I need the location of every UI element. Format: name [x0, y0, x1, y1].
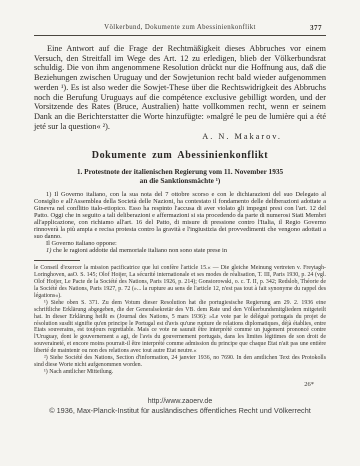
- section-subtitle-line1: 1. Protestnote der italienischen Regieru…: [34, 167, 326, 176]
- note-oppone-line: Il Governo italiano oppone:: [34, 240, 326, 247]
- section-subtitle-line2: an die Sanktionsmächte ¹): [34, 176, 326, 185]
- running-title: Völkerbund, Dokumente zum Abessinienkonf…: [104, 24, 256, 31]
- section-title: Dokumente zum Abessinienkonflikt: [34, 150, 326, 161]
- running-header: Völkerbund, Dokumente zum Abessinienkonf…: [34, 24, 326, 36]
- section-subtitle: 1. Protestnote der italienischen Regieru…: [34, 167, 326, 185]
- watermark: http://www.zaoerv.de © 1936, Max-Planck-…: [34, 398, 326, 415]
- printer-mark: 26*: [34, 381, 326, 388]
- note-item-1-text: che le ragioni addotte dal memoriale ita…: [53, 247, 227, 254]
- footnote-3: ¹) Nach amtlicher Mitteilung.: [34, 369, 326, 376]
- watermark-url-link[interactable]: http://www.zaoerv.de: [34, 398, 326, 405]
- footnote-continuation: le Conseil d'exercer la mission pacifica…: [34, 265, 326, 300]
- scanned-page: Völkerbund, Dokumente zum Abessinienkonf…: [0, 0, 360, 466]
- watermark-copyright: © 1936, Max-Planck-Institut für ausländi…: [34, 406, 326, 415]
- page-number: 377: [310, 24, 322, 32]
- footnote-separator: [34, 260, 80, 261]
- note-item-1: 1) che le ragioni addotte dal memoriale …: [34, 247, 326, 254]
- note-paragraph: 1) Il Governo italiano, con la sua nota …: [34, 191, 326, 240]
- intro-paragraph: Eine Antwort auf die Frage der Rechtmäßi…: [34, 44, 326, 131]
- note-item-1-marker: 1): [46, 247, 51, 254]
- footnote-1: ¹) Siehe oben S. 371. Zu dem Votum diese…: [34, 300, 326, 355]
- footnote-2: ²) Siehe Société des Nations, Section d'…: [34, 355, 326, 369]
- author-signature: A. N. Makarov.: [34, 132, 326, 141]
